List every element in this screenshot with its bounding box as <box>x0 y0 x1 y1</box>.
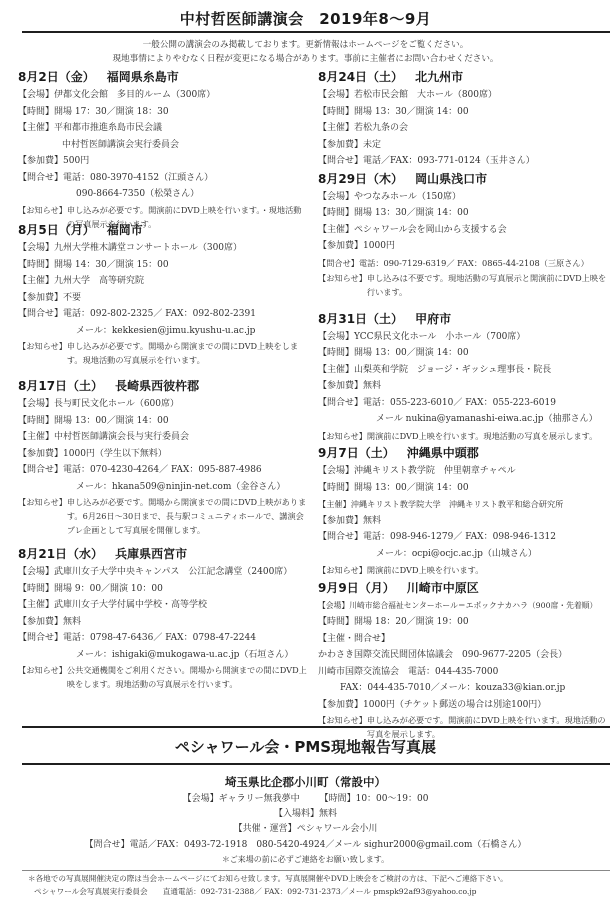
fee-value: 無料 <box>363 381 381 391</box>
time-label: 【時間】 <box>18 107 54 117</box>
event-heading: 8月2日（金）福岡県糸島市 <box>18 68 308 87</box>
time-label: 【時間】 <box>318 483 354 493</box>
event-date: 9月7日（土） <box>318 446 395 460</box>
event-heading: 8月17日（土）長崎県西彼杵郡 <box>18 377 308 396</box>
notice-value: 開演前にDVD上映を行います。 <box>367 565 484 575</box>
time-value: 10：00〜19：00 <box>356 794 429 804</box>
contact-label: 【問合せ】 <box>85 840 130 850</box>
host-label: 【主催】 <box>18 123 54 133</box>
host-value-2: 中村哲医師講演会実行委員会 <box>62 140 179 150</box>
exhibition-note: ＊ご来場の前に必ずご連絡をお願い致します。 <box>0 853 611 867</box>
contact-label: 【問合せ】 <box>318 156 363 166</box>
event-place: 沖縄県中頭郡 <box>407 446 479 460</box>
fee-label: 【参加費】 <box>18 449 63 459</box>
contact-value: 電話：080-3970-4152（江頭さん） <box>63 173 213 183</box>
event-place: 甲府市 <box>415 312 451 326</box>
footer-divider <box>22 870 610 871</box>
event-heading: 9月7日（土）沖縄県中頭郡 <box>318 444 608 463</box>
time-value: 開場 13：30／開演 14：00 <box>354 208 469 218</box>
host-label: 【主催】 <box>318 365 354 375</box>
exhibition-admission: 【入場料】無料 <box>0 807 611 821</box>
venue-label: 【会場】 <box>318 601 349 610</box>
contact-value: 電話／FAX：093-771-0124（玉井さん） <box>363 156 535 166</box>
exhibition-organizer: 【共催・運営】ペシャワール会小川 <box>0 822 611 836</box>
event-date: 8月5日（月） <box>18 223 95 237</box>
fee-label: 【参加費】 <box>18 617 63 627</box>
event-nishinomiya: 8月21日（水）兵庫県西宮市 【会場】武庫川女子大学中央キャンパス 公江記念講堂… <box>18 545 308 691</box>
fee-label: 【参加費】 <box>318 381 363 391</box>
notice-value: 申し込みが必要です。開場から開演までの間にDVD上映をします。現地活動の写真展示… <box>67 339 308 367</box>
time-label: 【時間】 <box>318 617 354 627</box>
events-right-column: 8月24日（土）北九州市 【会場】若松市民会館 大ホール（800席） 【時間】開… <box>318 68 608 741</box>
notice-value: 申し込みは不要です。現地活動の写真展示と開演前にDVD上映を行います。 <box>367 271 608 299</box>
time-label: 【時間】 <box>318 107 354 117</box>
time-label: 【時間】 <box>18 416 54 426</box>
fee-label: 【参加費】 <box>318 700 363 710</box>
event-heading: 9月9日（月）川崎市中原区 <box>318 579 608 598</box>
venue-value: 川崎市総合福祉センターホール＝エポックナカハラ（900席・先着順） <box>349 601 597 610</box>
fee-value: 不要 <box>63 293 81 303</box>
event-place: 長崎県西彼杵郡 <box>115 379 199 393</box>
time-value: 開場 13：00／開演 14：00 <box>354 348 469 358</box>
event-place: 川崎市中原区 <box>407 581 479 595</box>
event-kofu: 8月31日（土）甲府市 【会場】YCC県民文化ホール 小ホール（700席） 【時… <box>318 310 608 445</box>
notice-value: 開演前にDVD上映を行います。現地活動の写真を展示します。 <box>367 431 597 441</box>
time-label: 【時間】 <box>318 348 354 358</box>
host-contact-label: 【主催・問合せ】 <box>318 634 390 644</box>
admission-value: 無料 <box>319 809 337 819</box>
contact-label: 【問合せ】 <box>18 633 63 643</box>
event-heading: 8月24日（土）北九州市 <box>318 68 608 87</box>
event-place: 福岡市 <box>107 223 143 237</box>
venue-value: YCC県民文化ホール 小ホール（700席） <box>354 332 525 342</box>
contact-email[interactable]: メール：hkana509@ninjin-net.com（金谷さん） <box>76 482 285 492</box>
intro-line-2: 現地事情によりやむなく日程が変更になる場合があります。事前に主催者にお問い合わせ… <box>0 52 611 66</box>
venue-label: 【会場】 <box>183 794 219 804</box>
contact-value: 電話：070-4230-4264／ FAX：095-887-4986 <box>63 465 262 475</box>
host-label: 【主催】 <box>318 499 351 509</box>
organizer-label: 【共催・運営】 <box>234 824 297 834</box>
fee-label: 【参加費】 <box>318 140 363 150</box>
fee-value: 未定 <box>363 140 381 150</box>
event-place: 福岡県糸島市 <box>107 70 179 84</box>
venue-value: 沖縄キリスト教学院 仲里朝章チャペル <box>354 466 516 476</box>
time-label: 【時間】 <box>320 794 356 804</box>
event-date: 8月29日（木） <box>318 172 403 186</box>
event-place: 北九州市 <box>415 70 463 84</box>
contact-value: 電話：055-223-6010／ FAX：055-223-6019 <box>363 398 556 408</box>
contact-value: 電話：0798-47-6436／ FAX：0798-47-2244 <box>63 633 256 643</box>
host-value: 武庫川女子大学付属中学校・高等学校 <box>54 600 207 610</box>
event-kitakyushu: 8月24日（土）北九州市 【会場】若松市民会館 大ホール（800席） 【時間】開… <box>318 68 608 170</box>
time-value: 開場 13：00／開演 14：00 <box>354 483 469 493</box>
fee-label: 【参加費】 <box>318 241 363 251</box>
contact-value-2: 090-8664-7350（松榮さん） <box>76 189 199 199</box>
host-value: 九州大学 高等研究院 <box>54 276 144 286</box>
contact-label: 【問合せ】 <box>18 465 63 475</box>
contact-email[interactable]: メール：kekkesien@jimu.kyushu-u.ac.jp <box>76 326 255 336</box>
contact-label: 【問合せ】 <box>318 532 363 542</box>
intro-line-1: 一般公開の講演会のみ掲載しております。更新情報はホームページをご覧ください。 <box>0 38 611 52</box>
time-value: 開場 17：30／開演 18：30 <box>54 107 169 117</box>
organizer-value: ペシャワール会小川 <box>297 824 378 834</box>
venue-value: ギャラリー無我夢中 <box>219 794 300 804</box>
venue-value: 伊都文化会館 多目的ルーム（300席） <box>54 90 215 100</box>
event-date: 8月31日（土） <box>318 312 403 326</box>
time-value: 開場 13：00／開演 14：00 <box>54 416 169 426</box>
notice-label: 【お知らせ】 <box>18 663 67 691</box>
time-value: 開場 9：00／開演 10：00 <box>54 584 163 594</box>
contact-email[interactable]: メール nukina@yamanashi-eiwa.ac.jp（抽那さん） <box>376 414 598 424</box>
time-label: 【時間】 <box>18 260 54 270</box>
events-left-column: 8月2日（金）福岡県糸島市 【会場】伊都文化会館 多目的ルーム（300席） 【時… <box>18 68 308 691</box>
exhibition-contact: 【問合せ】電話／FAX：0493-72-1918 080-5420-4924／メ… <box>0 838 611 852</box>
host-value: 沖縄キリスト教学院大学 沖縄キリスト教平和総合研究所 <box>351 499 564 509</box>
title-divider <box>22 31 610 33</box>
host-value: 若松九条の会 <box>354 123 408 133</box>
event-okinawa: 9月7日（土）沖縄県中頭郡 【会場】沖縄キリスト教学院 仲里朝章チャペル 【時間… <box>318 444 608 579</box>
time-label: 【時間】 <box>18 584 54 594</box>
contact-label: 【問合せ】 <box>18 309 63 319</box>
contact-value: 電話：092-802-2325／ FAX：092-802-2391 <box>63 309 256 319</box>
contact-value: 電話／FAX：0493-72-1918 080-5420-4924／メール si… <box>130 840 527 850</box>
host-label: 【主催】 <box>318 225 354 235</box>
venue-label: 【会場】 <box>318 466 354 476</box>
notice-value: 申し込みが必要です。開場から開演までの間にDVD上映があります。6月26日〜30… <box>67 495 308 537</box>
event-date: 8月21日（水） <box>18 547 103 561</box>
time-value: 開場 18：20／開演 19：00 <box>354 617 469 627</box>
notice-label: 【お知らせ】 <box>318 271 367 299</box>
exhibition-location: 埼玉県比企郡小川町（常設中） <box>0 774 611 790</box>
venue-value: 武庫川女子大学中央キャンパス 公江記念講堂（2400席） <box>54 567 292 577</box>
event-place: 岡山県浅口市 <box>415 172 487 186</box>
event-heading: 8月21日（水）兵庫県西宮市 <box>18 545 308 564</box>
contact-email[interactable]: メール：ishigaki@mukogawa-u.ac.jp（石垣さん） <box>76 650 293 660</box>
notice-label: 【お知らせ】 <box>318 565 367 575</box>
event-date: 8月2日（金） <box>18 70 95 84</box>
notice-label: 【お知らせ】 <box>18 495 67 537</box>
event-kawasaki: 9月9日（月）川崎市中原区 【会場】川崎市総合福祉センターホール＝エポックナカハ… <box>318 579 608 742</box>
host-label: 【主催】 <box>18 600 54 610</box>
venue-label: 【会場】 <box>318 332 354 342</box>
fee-label: 【参加費】 <box>18 156 63 166</box>
fee-value: 1000円（学生以下無料） <box>63 449 167 459</box>
event-fukuoka: 8月5日（月）福岡市 【会場】九州大学椎木講堂コンサートホール（300席） 【時… <box>18 221 308 377</box>
fee-label: 【参加費】 <box>318 516 363 526</box>
event-itoshima: 8月2日（金）福岡県糸島市 【会場】伊都文化会館 多目的ルーム（300席） 【時… <box>18 68 308 221</box>
host-label: 【主催】 <box>318 123 354 133</box>
footer-line-2: ペシャワール会写真展実行委員会 直通電話：092-731-2388／ FAX：0… <box>28 885 608 898</box>
event-date: 8月24日（土） <box>318 70 403 84</box>
venue-value: 九州大学椎木講堂コンサートホール（300席） <box>54 243 242 253</box>
fee-value: 1000円 <box>363 241 395 251</box>
host-label: 【主催】 <box>18 432 54 442</box>
page-title: 中村哲医師講演会 2019年8〜9月 <box>0 8 611 29</box>
host-contact-line-1: かわさき国際交流民間団体協議会 090-9677-2205（会長） <box>318 650 567 660</box>
fee-value: 無料 <box>363 516 381 526</box>
admission-label: 【入場料】 <box>274 809 319 819</box>
time-value: 開場 14：30／開演 15：00 <box>54 260 169 270</box>
contact-email[interactable]: メール：ocpi@ocjc.ac.jp（山城さん） <box>376 549 537 559</box>
event-place: 兵庫県西宮市 <box>115 547 187 561</box>
notice-label: 【お知らせ】 <box>318 431 367 441</box>
venue-label: 【会場】 <box>318 192 354 202</box>
fee-value: 500円 <box>63 156 89 166</box>
contact-value: 電話：090-7129-6319／ FAX：0865-44-2108（三原さん） <box>359 258 589 268</box>
venue-label: 【会場】 <box>18 567 54 577</box>
host-label: 【主催】 <box>18 276 54 286</box>
venue-value: やつなみホール（150席） <box>354 192 461 202</box>
host-contact-line-2: 川崎市国際交流協会 電話：044-435-7000 <box>318 667 498 677</box>
host-value: 平和都市推進糸島市民会議 <box>54 123 162 133</box>
contact-label: 【問合せ】 <box>318 258 359 268</box>
event-heading: 8月31日（土）甲府市 <box>318 310 608 329</box>
event-date: 9月9日（月） <box>318 581 395 595</box>
exhibition-venue-time: 【会場】ギャラリー無我夢中【時間】10：00〜19：00 <box>0 792 611 806</box>
intro-text: 一般公開の講演会のみ掲載しております。更新情報はホームページをご覧ください。 現… <box>0 38 611 66</box>
contact-label: 【問合せ】 <box>18 173 63 183</box>
contact-label: 【問合せ】 <box>318 398 363 408</box>
exhibition-title-divider <box>22 763 610 765</box>
time-label: 【時間】 <box>318 208 354 218</box>
venue-value: 若松市民会館 大ホール（800席） <box>354 90 497 100</box>
exhibition-title: ペシャワール会・PMS現地報告写真展 <box>0 736 611 757</box>
time-value: 開場 13：30／開演 14：00 <box>354 107 469 117</box>
event-nagasaki: 8月17日（土）長崎県西彼杵郡 【会場】長与町民文化ホール（600席） 【時間】… <box>18 377 308 545</box>
venue-label: 【会場】 <box>318 90 354 100</box>
fee-value: 1000円（チケット郵送の場合は別途100円） <box>363 700 546 710</box>
footer-line-1: ＊各地での写真展開催決定の際は当会ホームページにてお知らせ致します。写真展開催や… <box>28 872 608 885</box>
host-value: 中村哲医師講演会長与実行委員会 <box>54 432 189 442</box>
notice-label: 【お知らせ】 <box>18 339 67 367</box>
host-value: ペシャワール会を岡山から支援する会 <box>354 225 507 235</box>
venue-value: 長与町民文化ホール（600席） <box>54 399 179 409</box>
notice-value: 公共交通機関をご利用ください。開場から開演までの間にDVD上映をします。現地活動… <box>67 663 308 691</box>
contact-value: 電話：098-946-1279／ FAX：098-946-1312 <box>363 532 556 542</box>
venue-label: 【会場】 <box>18 243 54 253</box>
fee-label: 【参加費】 <box>18 293 63 303</box>
host-contact-line-3: FAX：044-435-7010／メール：kouza33@kian.or.jp <box>340 683 565 693</box>
event-date: 8月17日（土） <box>18 379 103 393</box>
fee-value: 無料 <box>63 617 81 627</box>
exhibition-top-divider <box>22 726 610 728</box>
venue-label: 【会場】 <box>18 399 54 409</box>
event-asakuchi: 8月29日（木）岡山県浅口市 【会場】やつなみホール（150席） 【時間】開場 … <box>318 170 608 310</box>
venue-label: 【会場】 <box>18 90 54 100</box>
host-value: 山梨英和学院 ジョージ・ギッシュ理事長・院長 <box>354 365 551 375</box>
event-heading: 8月29日（木）岡山県浅口市 <box>318 170 608 189</box>
